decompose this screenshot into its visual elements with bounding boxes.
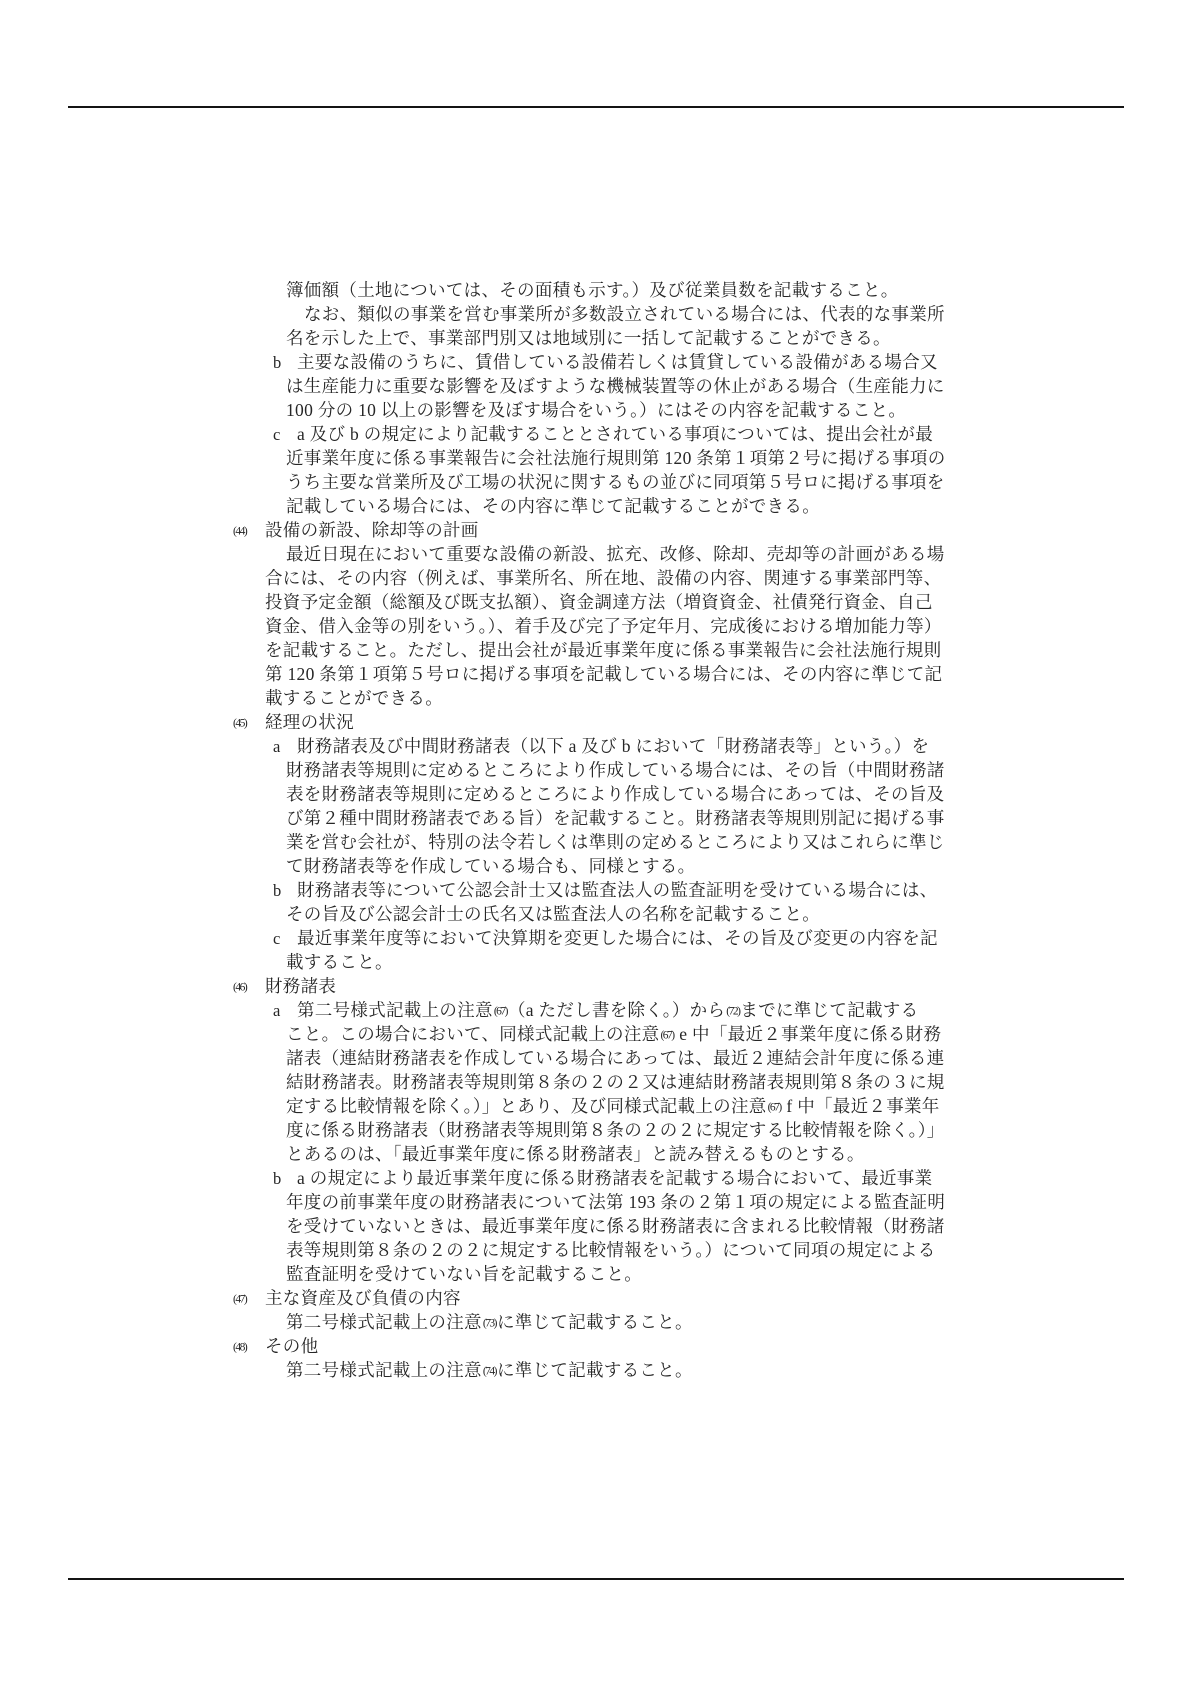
note-ref-number: (73): [482, 1312, 497, 1336]
line-text: 近事業年度に係る事業報告に会社法施行規則第 120 条第１項第２号に掲げる事項の: [286, 448, 946, 468]
text-line: 第二号様式記載上の注意(74)に準じて記載すること。: [0, 1358, 1192, 1382]
sub-item-letter: c: [273, 927, 297, 951]
text-line: 財務諸表等規則に定めるところにより作成している場合には、その旨（中間財務諸: [0, 758, 1192, 782]
item-number: (47): [232, 1286, 265, 1313]
line-text: a 及び b の規定により記載することとされている事項については、提出会社が最: [297, 424, 933, 444]
line-text: 結財務諸表。財務諸表等規則第８条の２の２又は連結財務諸表規則第８条の３に規: [286, 1072, 945, 1092]
text-line: 度に係る財務諸表（財務諸表等規則第８条の２の２に規定する比較情報を除く。）」: [0, 1118, 1192, 1142]
line-text: 第二号様式記載上の注意: [297, 1000, 493, 1020]
line-text: 財務諸表及び中間財務諸表（以下 a 及び b において「財務諸表等」という。）を: [297, 736, 929, 756]
top-rule: [68, 106, 1124, 108]
note-ref-number: (72): [725, 1000, 740, 1024]
text-line: 結財務諸表。財務諸表等規則第８条の２の２又は連結財務諸表規則第８条の３に規: [0, 1070, 1192, 1094]
item-number-glyph: (45): [232, 712, 247, 736]
text-line: 表を財務諸表等規則に定めるところにより作成している場合にあっては、その旨及: [0, 782, 1192, 806]
line-text: 投資予定金額（総額及び既支払額）、資金調達方法（増資資金、社債発行資金、自己: [265, 592, 933, 612]
line-text: a の規定により最近事業年度に係る財務諸表を記載する場合において、最近事業: [297, 1168, 932, 1188]
line-text: 第二号様式記載上の注意: [286, 1360, 482, 1380]
text-line: 近事業年度に係る事業報告に会社法施行規則第 120 条第１項第２号に掲げる事項の: [0, 446, 1192, 470]
line-text: 主要な設備のうちに、賃借している設備若しくは賃貸している設備がある場合又: [297, 352, 938, 372]
line-text: 第二号様式記載上の注意: [286, 1312, 482, 1332]
line-text: 最近日現在において重要な設備の新設、拡充、改修、除却、売却等の計画がある場: [286, 544, 945, 564]
line-text: 財務諸表等規則に定めるところにより作成している場合には、その旨（中間財務諸: [286, 760, 945, 780]
text-line: (44)設備の新設、除却等の計画: [0, 518, 1192, 542]
text-line: (48)その他: [0, 1334, 1192, 1358]
text-line: b財務諸表等について公認会計士又は監査法人の監査証明を受けている場合には、: [0, 878, 1192, 902]
line-text: び第２種中間財務諸表である旨）を記載すること。財務諸表等規則別記に掲げる事: [286, 808, 945, 828]
item-number-glyph: (46): [232, 976, 247, 1000]
text-line: 表等規則第８条の２の２に規定する比較情報をいう。）について同項の規定による: [0, 1238, 1192, 1262]
item-number: (48): [232, 1334, 265, 1361]
text-line: a財務諸表及び中間財務諸表（以下 a 及び b において「財務諸表等」という。）…: [0, 734, 1192, 758]
line-text: 財務諸表等について公認会計士又は監査法人の監査証明を受けている場合には、: [297, 880, 937, 900]
line-text: 載すること。: [286, 952, 393, 972]
sub-item-letter: a: [273, 999, 297, 1023]
text-line: を受けていないときは、最近事業年度に係る財務諸表に含まれる比較情報（財務諸: [0, 1214, 1192, 1238]
text-line: b主要な設備のうちに、賃借している設備若しくは賃貸している設備がある場合又: [0, 350, 1192, 374]
text-line: 第 120 条第１項第５号ロに掲げる事項を記載している場合には、その内容に準じて…: [0, 662, 1192, 686]
line-text: e 中「最近２事業年度に係る財務: [675, 1024, 942, 1044]
line-text: は生産能力に重要な影響を及ぼすような機械装置等の休止がある場合（生産能力に: [286, 376, 945, 396]
text-block: 簿価額（土地については、その面積も示す。）及び従業員数を記載すること。なお、類似…: [0, 278, 1192, 1382]
line-text: 表を財務諸表等規則に定めるところにより作成している場合にあっては、その旨及: [286, 784, 944, 804]
text-line: 載すること。: [0, 950, 1192, 974]
text-line: (45)経理の状況: [0, 710, 1192, 734]
line-text: 定する比較情報を除く。）」とあり、及び同様式記載上の注意: [286, 1096, 767, 1116]
text-line: a第二号様式記載上の注意(67)（a ただし書を除く。）から(72)までに準じて…: [0, 998, 1192, 1022]
line-text: 100 分の 10 以上の影響を及ぼす場合をいう。）にはその内容を記載すること。: [286, 400, 906, 420]
note-ref-number: (74): [482, 1360, 497, 1384]
text-line: 投資予定金額（総額及び既支払額）、資金調達方法（増資資金、社債発行資金、自己: [0, 590, 1192, 614]
line-text: 諸表（連結財務諸表を作成している場合にあっては、最近２連結会計年度に係る連: [286, 1048, 944, 1068]
item-number-glyph: (44): [232, 520, 247, 544]
line-text: を記載すること。ただし、提出会社が最近事業年度に係る事業報告に会社法施行規則: [265, 640, 941, 660]
text-line: c最近事業年度等において決算期を変更した場合には、その旨及び変更の内容を記: [0, 926, 1192, 950]
line-text: こと。この場合において、同様式記載上の注意: [286, 1024, 659, 1044]
text-line: 簿価額（土地については、その面積も示す。）及び従業員数を記載すること。: [0, 278, 1192, 302]
text-line: 業を営む会社が、特別の法令若しくは準則の定めるところにより又はこれらに準じ: [0, 830, 1192, 854]
line-text: に準じて記載すること。: [497, 1312, 693, 1332]
line-text: 資金、借入金等の別をいう。）、着手及び完了予定年月、完成後における増加能力等）: [265, 616, 942, 636]
text-line: 定する比較情報を除く。）」とあり、及び同様式記載上の注意(67) f 中「最近２…: [0, 1094, 1192, 1118]
text-line: て財務諸表等を作成している場合も、同様とする。: [0, 854, 1192, 878]
line-text: を受けていないときは、最近事業年度に係る財務諸表に含まれる比較情報（財務諸: [286, 1216, 945, 1236]
text-line: ca 及び b の規定により記載することとされている事項については、提出会社が最: [0, 422, 1192, 446]
text-line: ba の規定により最近事業年度に係る財務諸表を記載する場合において、最近事業: [0, 1166, 1192, 1190]
line-text: 合には、その内容（例えば、事業所名、所在地、設備の内容、関連する事業部門等、: [265, 568, 941, 588]
line-text: その旨及び公認会計士の氏名又は監査法人の名称を記載すること。: [286, 904, 820, 924]
line-text: 財務諸表: [265, 976, 336, 996]
line-text: に準じて記載すること。: [497, 1360, 693, 1380]
line-text: うち主要な営業所及び工場の状況に関するもの並びに同項第５号ロに掲げる事項を: [286, 472, 945, 492]
line-text: 年度の前事業年度の財務諸表について法第 193 条の２第１項の規定による監査証明: [286, 1192, 945, 1212]
text-line: 名を示した上で、事業部門別又は地域別に一括して記載することができる。: [0, 326, 1192, 350]
text-line: うち主要な営業所及び工場の状況に関するもの並びに同項第５号ロに掲げる事項を: [0, 470, 1192, 494]
text-line: 記載している場合には、その内容に準じて記載することができる。: [0, 494, 1192, 518]
item-number-glyph: (47): [232, 1288, 247, 1312]
line-text: 経理の状況: [265, 712, 354, 732]
line-text: 簿価額（土地については、その面積も示す。）及び従業員数を記載すること。: [286, 280, 899, 300]
text-line: 諸表（連結財務諸表を作成している場合にあっては、最近２連結会計年度に係る連: [0, 1046, 1192, 1070]
line-text: （a ただし書を除く。）から: [508, 1000, 725, 1020]
text-line: を記載すること。ただし、提出会社が最近事業年度に係る事業報告に会社法施行規則: [0, 638, 1192, 662]
note-ref-number: (67): [493, 1000, 508, 1024]
line-text: て財務諸表等を作成している場合も、同様とする。: [286, 856, 695, 876]
note-ref-number: (67): [659, 1024, 674, 1048]
line-text: f 中「最近２事業年: [782, 1096, 940, 1116]
note-ref-number: (67): [767, 1096, 782, 1120]
text-line: 100 分の 10 以上の影響を及ぼす場合をいう。）にはその内容を記載すること。: [0, 398, 1192, 422]
line-text: 主な資産及び負債の内容: [265, 1288, 461, 1308]
line-text: 度に係る財務諸表（財務諸表等規則第８条の２の２に規定する比較情報を除く。）」: [286, 1120, 945, 1140]
text-line: その旨及び公認会計士の氏名又は監査法人の名称を記載すること。: [0, 902, 1192, 926]
text-line: (46)財務諸表: [0, 974, 1192, 998]
sub-item-letter: b: [273, 351, 297, 375]
line-text: 業を営む会社が、特別の法令若しくは準則の定めるところにより又はこれらに準じ: [286, 832, 945, 852]
text-line: 最近日現在において重要な設備の新設、拡充、改修、除却、売却等の計画がある場: [0, 542, 1192, 566]
text-line: 第二号様式記載上の注意(73)に準じて記載すること。: [0, 1310, 1192, 1334]
text-line: 合には、その内容（例えば、事業所名、所在地、設備の内容、関連する事業部門等、: [0, 566, 1192, 590]
item-number: (44): [232, 518, 265, 545]
item-number: (46): [232, 974, 265, 1001]
text-line: 資金、借入金等の別をいう。）、着手及び完了予定年月、完成後における増加能力等）: [0, 614, 1192, 638]
sub-item-letter: b: [273, 1167, 297, 1191]
text-line: なお、類似の事業を営む事業所が多数設立されている場合には、代表的な事業所: [0, 302, 1192, 326]
text-line: は生産能力に重要な影響を及ぼすような機械装置等の休止がある場合（生産能力に: [0, 374, 1192, 398]
line-text: までに準じて記載する: [740, 1000, 918, 1020]
sub-item-letter: a: [273, 735, 297, 759]
bottom-rule: [68, 1578, 1124, 1580]
text-line: こと。この場合において、同様式記載上の注意(67) e 中「最近２事業年度に係る…: [0, 1022, 1192, 1046]
line-text: 記載している場合には、その内容に準じて記載することができる。: [286, 496, 820, 516]
line-text: 載することができる。: [265, 688, 443, 708]
sub-item-letter: b: [273, 879, 297, 903]
line-text: 設備の新設、除却等の計画: [265, 520, 479, 540]
text-line: 監査証明を受けていない旨を記載すること。: [0, 1262, 1192, 1286]
line-text: その他: [265, 1336, 318, 1356]
sub-item-letter: c: [273, 423, 297, 447]
text-line: 年度の前事業年度の財務諸表について法第 193 条の２第１項の規定による監査証明: [0, 1190, 1192, 1214]
line-text: 第 120 条第１項第５号ロに掲げる事項を記載している場合には、その内容に準じて…: [265, 664, 942, 684]
line-text: とあるのは、「最近事業年度に係る財務諸表」と読み替えるものとする。: [286, 1144, 865, 1164]
line-text: 監査証明を受けていない旨を記載すること。: [286, 1264, 642, 1284]
text-line: (47)主な資産及び負債の内容: [0, 1286, 1192, 1310]
text-line: とあるのは、「最近事業年度に係る財務諸表」と読み替えるものとする。: [0, 1142, 1192, 1166]
text-line: 載することができる。: [0, 686, 1192, 710]
line-text: 最近事業年度等において決算期を変更した場合には、その旨及び変更の内容を記: [297, 928, 938, 948]
text-line: び第２種中間財務諸表である旨）を記載すること。財務諸表等規則別記に掲げる事: [0, 806, 1192, 830]
line-text: 名を示した上で、事業部門別又は地域別に一括して記載することができる。: [286, 328, 891, 348]
line-text: 表等規則第８条の２の２に規定する比較情報をいう。）について同項の規定による: [286, 1240, 936, 1260]
item-number: (45): [232, 710, 265, 737]
item-number-glyph: (48): [232, 1336, 247, 1360]
line-text: なお、類似の事業を営む事業所が多数設立されている場合には、代表的な事業所: [304, 304, 945, 324]
